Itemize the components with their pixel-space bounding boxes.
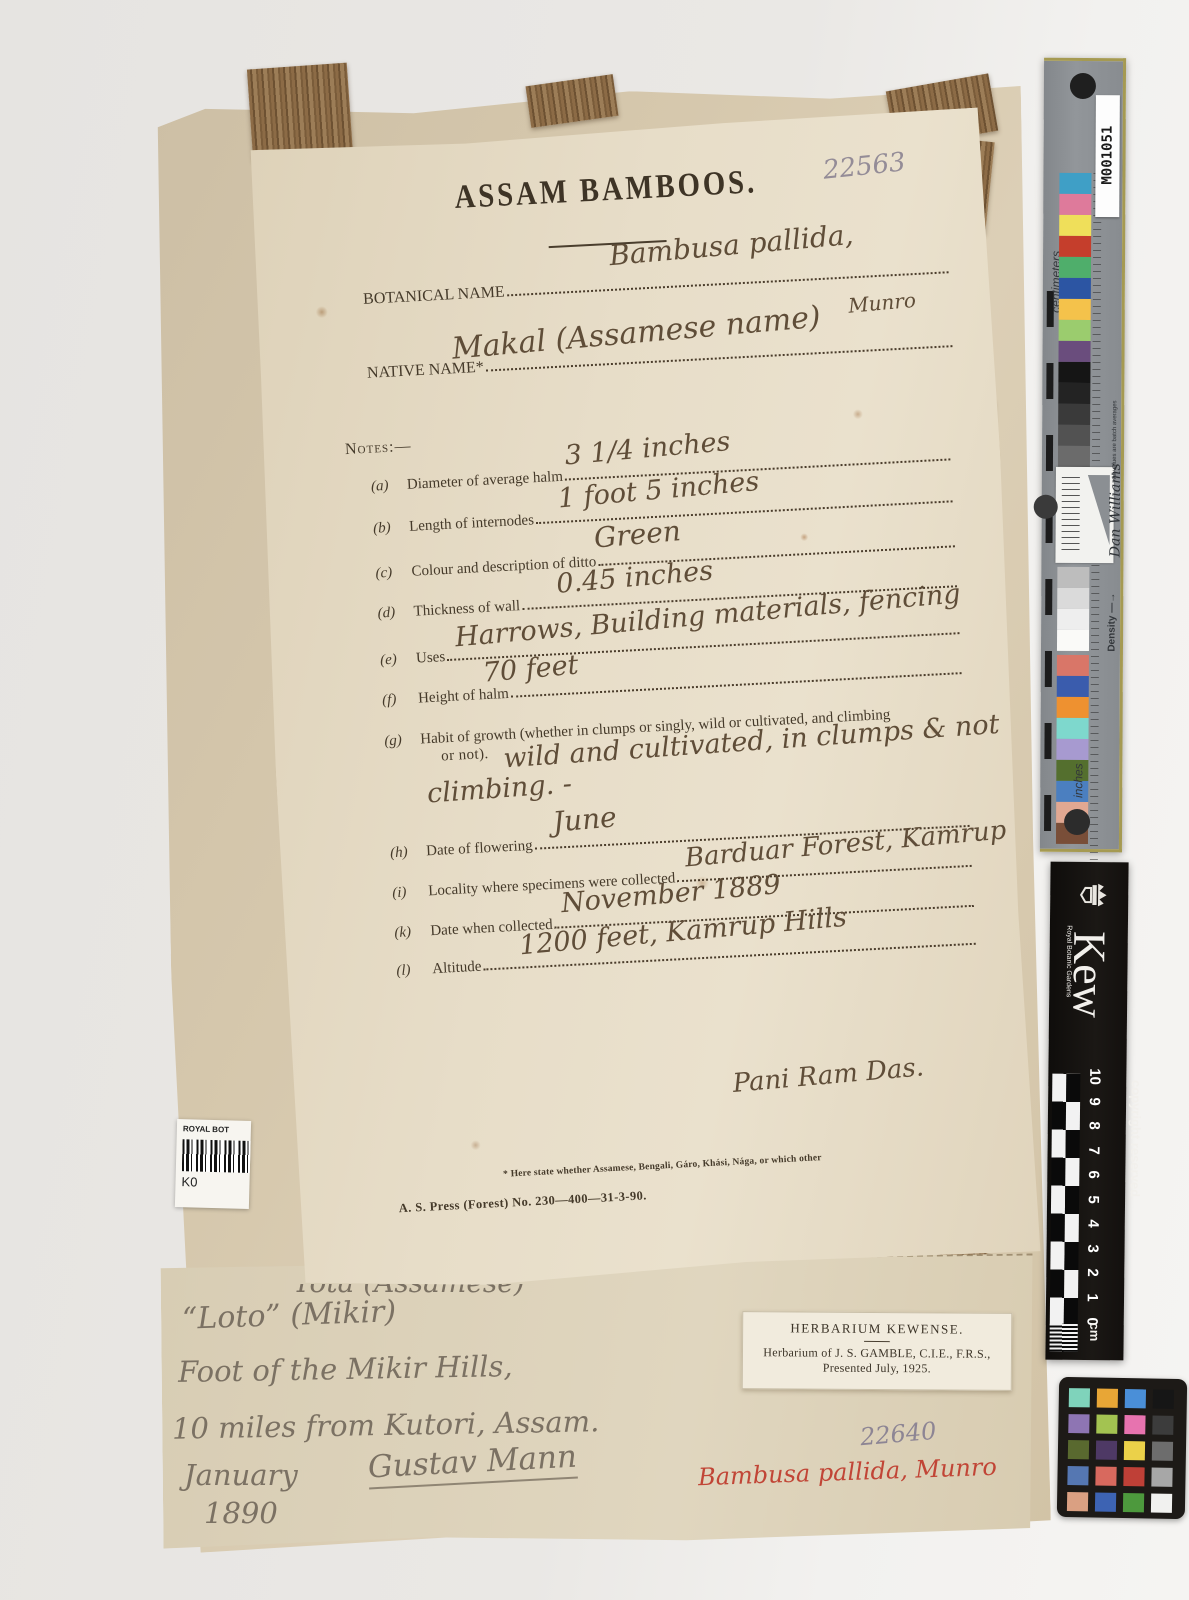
scale-numbers: 109876543210: [1084, 1068, 1103, 1330]
color-patch: [1067, 1492, 1088, 1511]
color-patch: [1153, 1390, 1174, 1409]
pencil-note-year: 1890: [204, 1496, 278, 1530]
color-patch: [1057, 609, 1089, 630]
copyright-label: copyright reserved: [1127, 1080, 1144, 1240]
scale-number: 3: [1084, 1244, 1101, 1253]
cm-unit-label: cm: [1087, 1323, 1102, 1353]
note-label: Height of halm: [418, 686, 510, 708]
color-patch: [1068, 1440, 1089, 1459]
pencil-note-mikir-name: “Loto” (Mikir): [181, 1294, 396, 1336]
color-patch: [1151, 1468, 1172, 1487]
color-patch: [1059, 299, 1091, 320]
color-patch: [1059, 173, 1091, 194]
registration-dot-icon: [1070, 73, 1096, 99]
herbarium-kewense-label: HERBARIUM KEWENSE. Herbarium of J. S. GA…: [742, 1311, 1013, 1391]
millimetre-hatch: [1049, 1324, 1077, 1352]
color-patch: [1095, 1467, 1116, 1486]
color-patches-top: [1058, 173, 1091, 383]
note-label: Uses: [416, 649, 446, 668]
kew-label-rule: [864, 1341, 890, 1342]
assam-bamboos-form: ASSAM BAMBOOS. 22563 BOTANICAL NAME Bamb…: [243, 107, 1042, 1294]
note-value-h: June: [551, 800, 618, 838]
color-patch: [1057, 588, 1089, 609]
registration-dot-icon: [1034, 495, 1058, 519]
color-patch: [1058, 446, 1090, 467]
color-patch: [1152, 1416, 1173, 1435]
color-checker-card: [1057, 1377, 1187, 1519]
registration-dot-icon: [1064, 809, 1090, 835]
herbarium-photo: Tota (Assamese) “Loto” (Mikir) Foot of t…: [0, 0, 1189, 1600]
color-patch: [1124, 1415, 1145, 1434]
color-patch: [1097, 1389, 1118, 1408]
color-patch: [1096, 1415, 1117, 1434]
note-value-g2: climbing. -: [426, 768, 573, 809]
scale-number: 10: [1086, 1068, 1103, 1085]
color-patch: [1059, 257, 1091, 278]
scale-number: 8: [1086, 1121, 1103, 1130]
color-patch: [1123, 1467, 1144, 1486]
pencil-note-month: January: [184, 1458, 298, 1492]
botanical-name-author: Munro: [847, 288, 917, 318]
scale-number: 2: [1084, 1268, 1101, 1277]
color-patch: [1058, 341, 1090, 362]
note-label: Altitude: [432, 959, 482, 979]
scale-number: 9: [1086, 1097, 1103, 1106]
gray-patches-mid: [1058, 383, 1090, 467]
kew-label-line2: Presented July, 1925.: [743, 1360, 1011, 1377]
note-label: Diameter of average halm: [407, 469, 564, 494]
form-footnote: * Here state whether Assamese, Bengali, …: [503, 1153, 822, 1180]
bamboo-specimen-fragment: [247, 63, 353, 162]
form-title: ASSAM BAMBOOS.: [451, 163, 760, 217]
barcode-label-text: ROYAL BOT: [183, 1124, 251, 1135]
kew-brand: Kew: [1062, 914, 1116, 1035]
kew-label-title: HERBARIUM KEWENSE.: [743, 1320, 1011, 1338]
color-patch: [1058, 362, 1090, 383]
barcode-icon: [182, 1139, 251, 1173]
color-patch: [1059, 194, 1091, 215]
color-patch: [1057, 655, 1089, 676]
press-imprint: A. S. Press (Forest) No. 230—400—31-3-90…: [398, 1188, 647, 1216]
color-patch: [1095, 1493, 1116, 1512]
color-patch: [1125, 1389, 1146, 1408]
color-calibration-ruler: centimeters M001051 inches Density —→ Al…: [1040, 58, 1126, 852]
notes-heading: Notes:—: [345, 438, 412, 459]
note-label: Date of flowering: [426, 838, 533, 861]
color-patch: [1058, 425, 1090, 446]
density-label: Density —→: [1106, 562, 1117, 652]
pencil-note-locality-1: Foot of the Mikir Hills,: [178, 1349, 513, 1389]
color-patch: [1067, 1466, 1088, 1485]
color-patch: [1057, 697, 1089, 718]
color-patch: [1058, 383, 1090, 404]
barcode-sticker: ROYAL BOT K0: [175, 1119, 251, 1209]
note-label-g2: or not).: [441, 746, 489, 765]
scale-number: 6: [1085, 1170, 1102, 1179]
botanical-name-label: BOTANICAL NAME: [363, 284, 505, 309]
ruler-tick-marks: [1044, 291, 1054, 851]
color-patch: [1123, 1493, 1144, 1512]
color-patch: [1069, 1388, 1090, 1407]
recorder-signature: Pani Ram Das.: [732, 1052, 926, 1099]
scale-number: 5: [1085, 1195, 1102, 1204]
id-sticker: M001051: [1095, 95, 1120, 217]
note-row-f: (f)Height of halm: [382, 659, 964, 709]
scale-number: 1: [1084, 1293, 1101, 1302]
color-patch: [1059, 278, 1091, 299]
kew-crest-icon: [1078, 878, 1112, 912]
color-patch: [1059, 215, 1091, 236]
note-label: Length of internodes: [409, 512, 535, 536]
scale-number: 4: [1085, 1219, 1102, 1228]
inches-label: inches: [1071, 738, 1085, 798]
color-patch: [1057, 676, 1089, 697]
barcode-number: K0: [181, 1174, 249, 1191]
color-patch: [1059, 236, 1091, 257]
kew-scale-ruler: Royal Botanic Gardens Kew 109876543210 c…: [1045, 862, 1128, 1361]
scale-checker-column: [1063, 1074, 1080, 1352]
color-patch: [1152, 1442, 1173, 1461]
color-patch: [1059, 320, 1091, 341]
author-signature: Dan Williams: [1107, 437, 1124, 557]
sheet-number-pencil: 22563: [822, 147, 907, 185]
color-patch: [1124, 1441, 1145, 1460]
color-patch: [1057, 718, 1089, 739]
color-patch: [1058, 404, 1090, 425]
scale-number: 7: [1085, 1146, 1102, 1155]
resolution-target: [1055, 467, 1114, 563]
gray-patches-light: [1057, 567, 1089, 651]
id-sticker-text: M001051: [1099, 99, 1116, 211]
color-patch: [1068, 1414, 1089, 1433]
color-patch: [1057, 630, 1089, 651]
color-patch: [1096, 1441, 1117, 1460]
color-patch: [1151, 1494, 1172, 1513]
kew-label-line1: Herbarium of J. S. GAMBLE, C.I.E., F.R.S…: [743, 1345, 1011, 1362]
resolution-lines-icon: [1061, 477, 1079, 551]
color-patch: [1057, 567, 1089, 588]
gray-wedge-icon: [1088, 475, 1110, 545]
